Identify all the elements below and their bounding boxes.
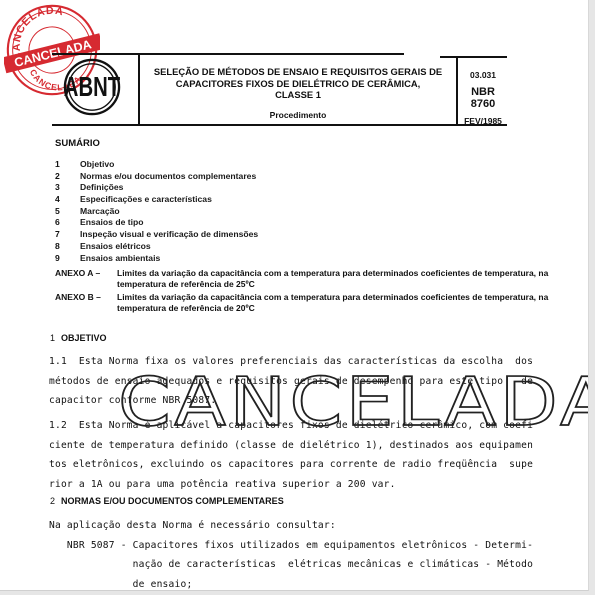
summary-item-number: 6 [55, 217, 80, 229]
header-divider-left [138, 54, 140, 125]
section-2-text: Na aplicação desta Norma é necessário co… [49, 516, 549, 591]
summary-item-label: Especificações e características [80, 194, 212, 206]
summary-item-number: 2 [55, 171, 80, 183]
document-page: CANCELADA CANCELADA CANCELADA ABNT SELEÇ… [0, 0, 589, 591]
summary-item-label: Normas e/ou documentos complementares [80, 171, 256, 183]
summary-item: 6Ensaios de tipo [55, 217, 258, 229]
header-rule-top [52, 53, 404, 55]
summary-list: 1Objetivo2Normas e/ou documentos complem… [55, 159, 258, 264]
annex-a: ANEXO A – Limites da variação da capacit… [55, 268, 577, 290]
svg-text:ABNT: ABNT [64, 72, 121, 103]
section-2-heading: 2NORMAS E/OU DOCUMENTOS COMPLEMENTARES [50, 496, 284, 506]
title-line: SELEÇÃO DE MÉTODOS DE ENSAIO E REQUISITO… [142, 66, 454, 78]
summary-item-label: Marcação [80, 206, 120, 218]
summary-item-number: 1 [55, 159, 80, 171]
publication-date: FEV/1985 [458, 116, 508, 126]
summary-item-label: Ensaios elétricos [80, 241, 151, 253]
summary-title: SUMÁRIO [55, 138, 100, 149]
summary-item-number: 8 [55, 241, 80, 253]
summary-item-number: 7 [55, 229, 80, 241]
annex-key: ANEXO A – [55, 268, 117, 290]
summary-item: 9Ensaios ambientais [55, 253, 258, 265]
summary-item: 5Marcação [55, 206, 258, 218]
section-1-heading: 1OBJETIVO [50, 333, 107, 343]
summary-item-label: Inspeção visual e verificação de dimensõ… [80, 229, 258, 241]
title-line: CAPACITORES FIXOS DE DIELÉTRICO DE CERÂM… [142, 78, 454, 90]
summary-item: 3Definições [55, 182, 258, 194]
classification-code: 03.031 [458, 70, 508, 80]
header-rule-bottom [52, 124, 507, 126]
annex-text: Limites da variação da capacitância com … [117, 268, 577, 290]
summary-item: 7Inspeção visual e verificação de dimens… [55, 229, 258, 241]
annex-b: ANEXO B – Limites da variação da capacit… [55, 292, 577, 314]
header-rule-top-right [440, 56, 507, 58]
summary-item: 8Ensaios elétricos [55, 241, 258, 253]
summary-item: 1Objetivo [55, 159, 258, 171]
norm-number: NBR 8760 [458, 86, 508, 110]
abnt-logo-icon: ABNT [63, 58, 121, 116]
paragraph-1-2: 1.2 Esta Norma é aplicável a capacitores… [49, 416, 549, 494]
summary-item-number: 3 [55, 182, 80, 194]
document-title: SELEÇÃO DE MÉTODOS DE ENSAIO E REQUISITO… [142, 66, 454, 121]
paragraph-1-1: 1.1 Esta Norma fixa os valores preferenc… [49, 352, 549, 411]
summary-item: 2Normas e/ou documentos complementares [55, 171, 258, 183]
annex-text: Limites da variação da capacitância com … [117, 292, 577, 314]
summary-item-number: 4 [55, 194, 80, 206]
summary-item-number: 5 [55, 206, 80, 218]
summary-item-number: 9 [55, 253, 80, 265]
summary-item: 4Especificações e características [55, 194, 258, 206]
title-line: CLASSE 1 [142, 89, 454, 101]
summary-item-label: Objetivo [80, 159, 114, 171]
summary-item-label: Ensaios de tipo [80, 217, 144, 229]
annex-key: ANEXO B – [55, 292, 117, 314]
document-type: Procedimento [142, 110, 454, 122]
summary-item-label: Definições [80, 182, 123, 194]
document-codes: 03.031 NBR 8760 FEV/1985 [458, 70, 508, 126]
summary-item-label: Ensaios ambientais [80, 253, 160, 265]
